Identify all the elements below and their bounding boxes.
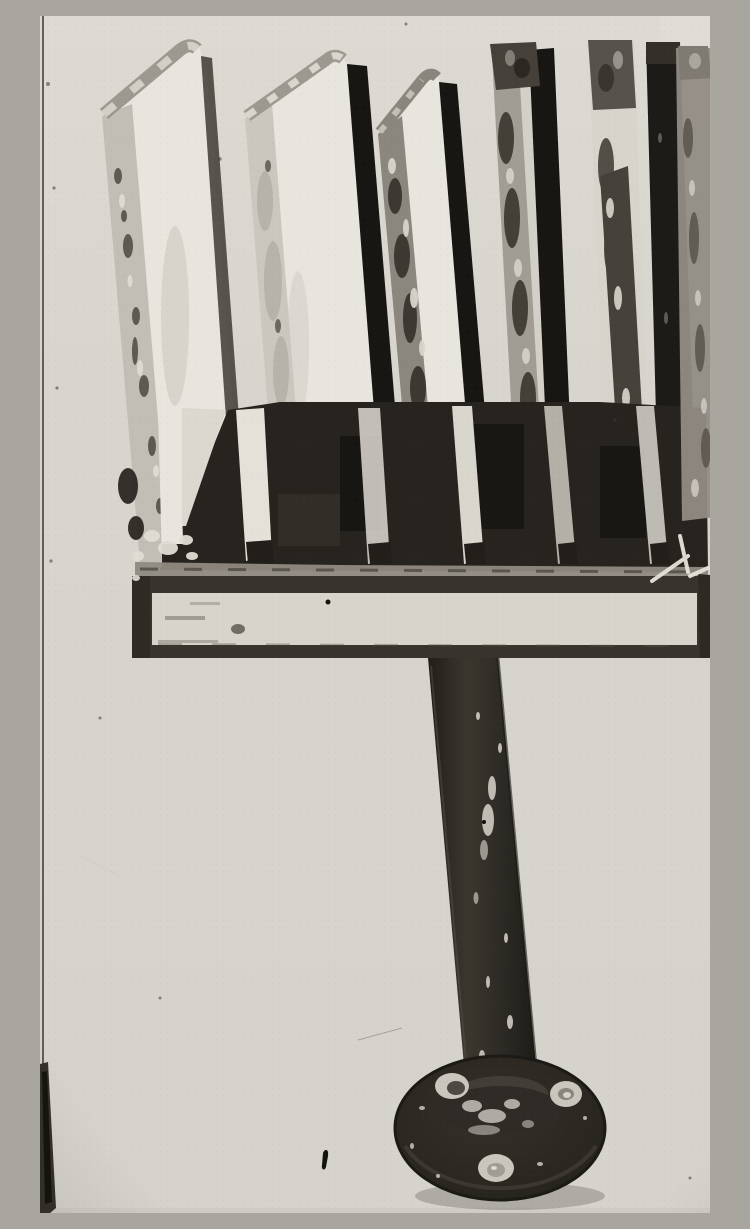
- photo-image: [40, 16, 710, 1213]
- photo-print: [40, 16, 710, 1213]
- vignette-overlay: [40, 16, 710, 1213]
